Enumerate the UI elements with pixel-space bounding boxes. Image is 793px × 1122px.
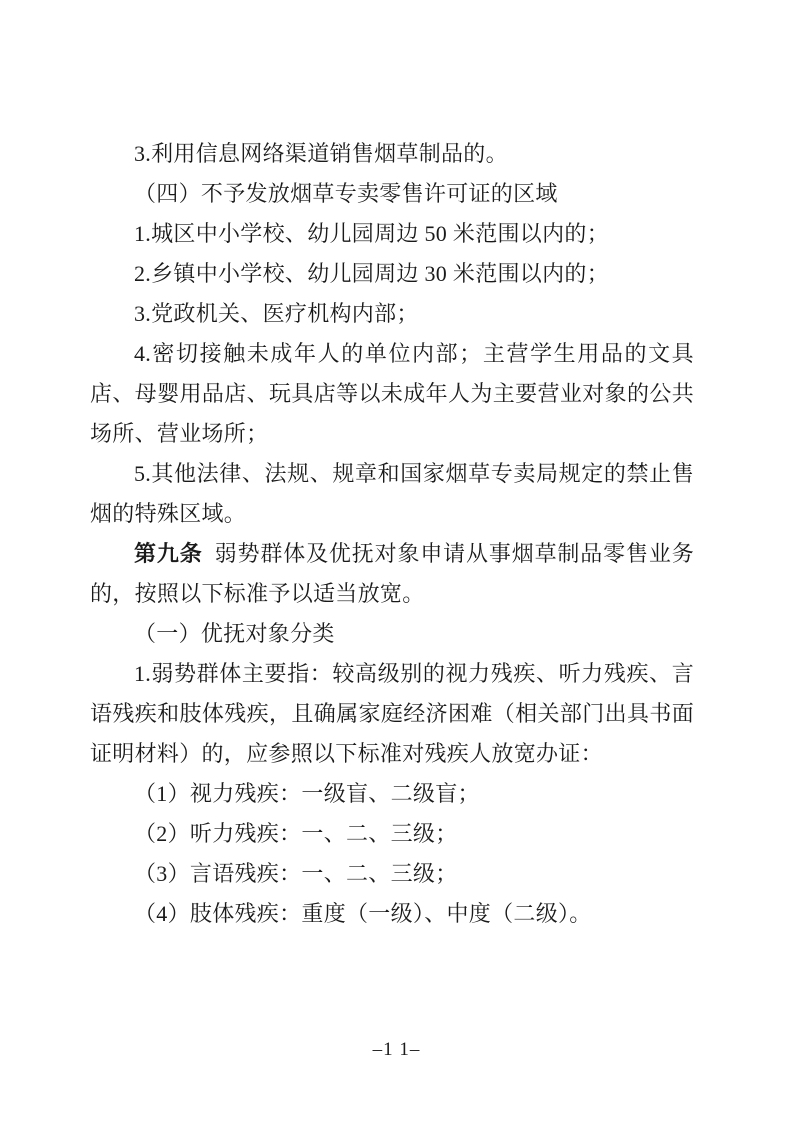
paragraph: （2）听力残疾：一、二、三级； xyxy=(90,814,694,854)
paragraph-text: （3）言语残疾：一、二、三级； xyxy=(134,861,458,886)
paragraph: 3.党政机关、医疗机构内部； xyxy=(90,294,694,334)
article-number: 第九条 xyxy=(134,541,203,566)
paragraph-text: 1.城区中小学校、幼儿园周边 50 米范围以内的； xyxy=(134,221,609,246)
paragraph: 1.城区中小学校、幼儿园周边 50 米范围以内的； xyxy=(90,214,694,254)
document-page: 3.利用信息网络渠道销售烟草制品的。 （四）不予发放烟草专卖零售许可证的区域 1… xyxy=(0,0,793,1122)
paragraph-text: （1）视力残疾：一级盲、二级盲； xyxy=(134,781,480,806)
paragraph: 4.密切接触未成年人的单位内部；主营学生用品的文具店、母婴用品店、玩具店等以未成… xyxy=(90,334,694,454)
paragraph-article-9: 第九条弱势群体及优抚对象申请从事烟草制品零售业务的，按照以下标准予以适当放宽。 xyxy=(90,534,694,614)
paragraph-text: （四）不予发放烟草专卖零售许可证的区域 xyxy=(134,181,558,206)
paragraph: 2.乡镇中小学校、幼儿园周边 30 米范围以内的； xyxy=(90,254,694,294)
paragraph: 5.其他法律、法规、规章和国家烟草专卖局规定的禁止售烟的特殊区域。 xyxy=(90,454,694,534)
paragraph: 3.利用信息网络渠道销售烟草制品的。 xyxy=(90,134,694,174)
paragraph: （1）视力残疾：一级盲、二级盲； xyxy=(90,774,694,814)
paragraph: 1.弱势群体主要指：较高级别的视力残疾、听力残疾、言语残疾和肢体残疾，且确属家庭… xyxy=(90,654,694,774)
paragraph-text: 5.其他法律、法规、规章和国家烟草专卖局规定的禁止售烟的特殊区域。 xyxy=(90,461,694,526)
paragraph-text: （4）肢体残疾：重度（一级）、中度（二级）。 xyxy=(134,901,592,926)
page-number: –1 1– xyxy=(0,1036,793,1064)
page-body: 3.利用信息网络渠道销售烟草制品的。 （四）不予发放烟草专卖零售许可证的区域 1… xyxy=(90,134,694,934)
paragraph: （4）肢体残疾：重度（一级）、中度（二级）。 xyxy=(90,894,694,934)
paragraph: （四）不予发放烟草专卖零售许可证的区域 xyxy=(90,174,694,214)
paragraph-text: 1.弱势群体主要指：较高级别的视力残疾、听力残疾、言语残疾和肢体残疾，且确属家庭… xyxy=(90,661,694,766)
paragraph: （一）优抚对象分类 xyxy=(90,614,694,654)
paragraph-text: 3.党政机关、医疗机构内部； xyxy=(134,301,419,326)
paragraph-text: 3.利用信息网络渠道销售烟草制品的。 xyxy=(134,141,508,166)
paragraph-text: （一）优抚对象分类 xyxy=(134,621,335,646)
paragraph-text: （2）听力残疾：一、二、三级； xyxy=(134,821,458,846)
paragraph-text: 2.乡镇中小学校、幼儿园周边 30 米范围以内的； xyxy=(134,261,609,286)
paragraph-text: 4.密切接触未成年人的单位内部；主营学生用品的文具店、母婴用品店、玩具店等以未成… xyxy=(90,341,694,446)
paragraph: （3）言语残疾：一、二、三级； xyxy=(90,854,694,894)
